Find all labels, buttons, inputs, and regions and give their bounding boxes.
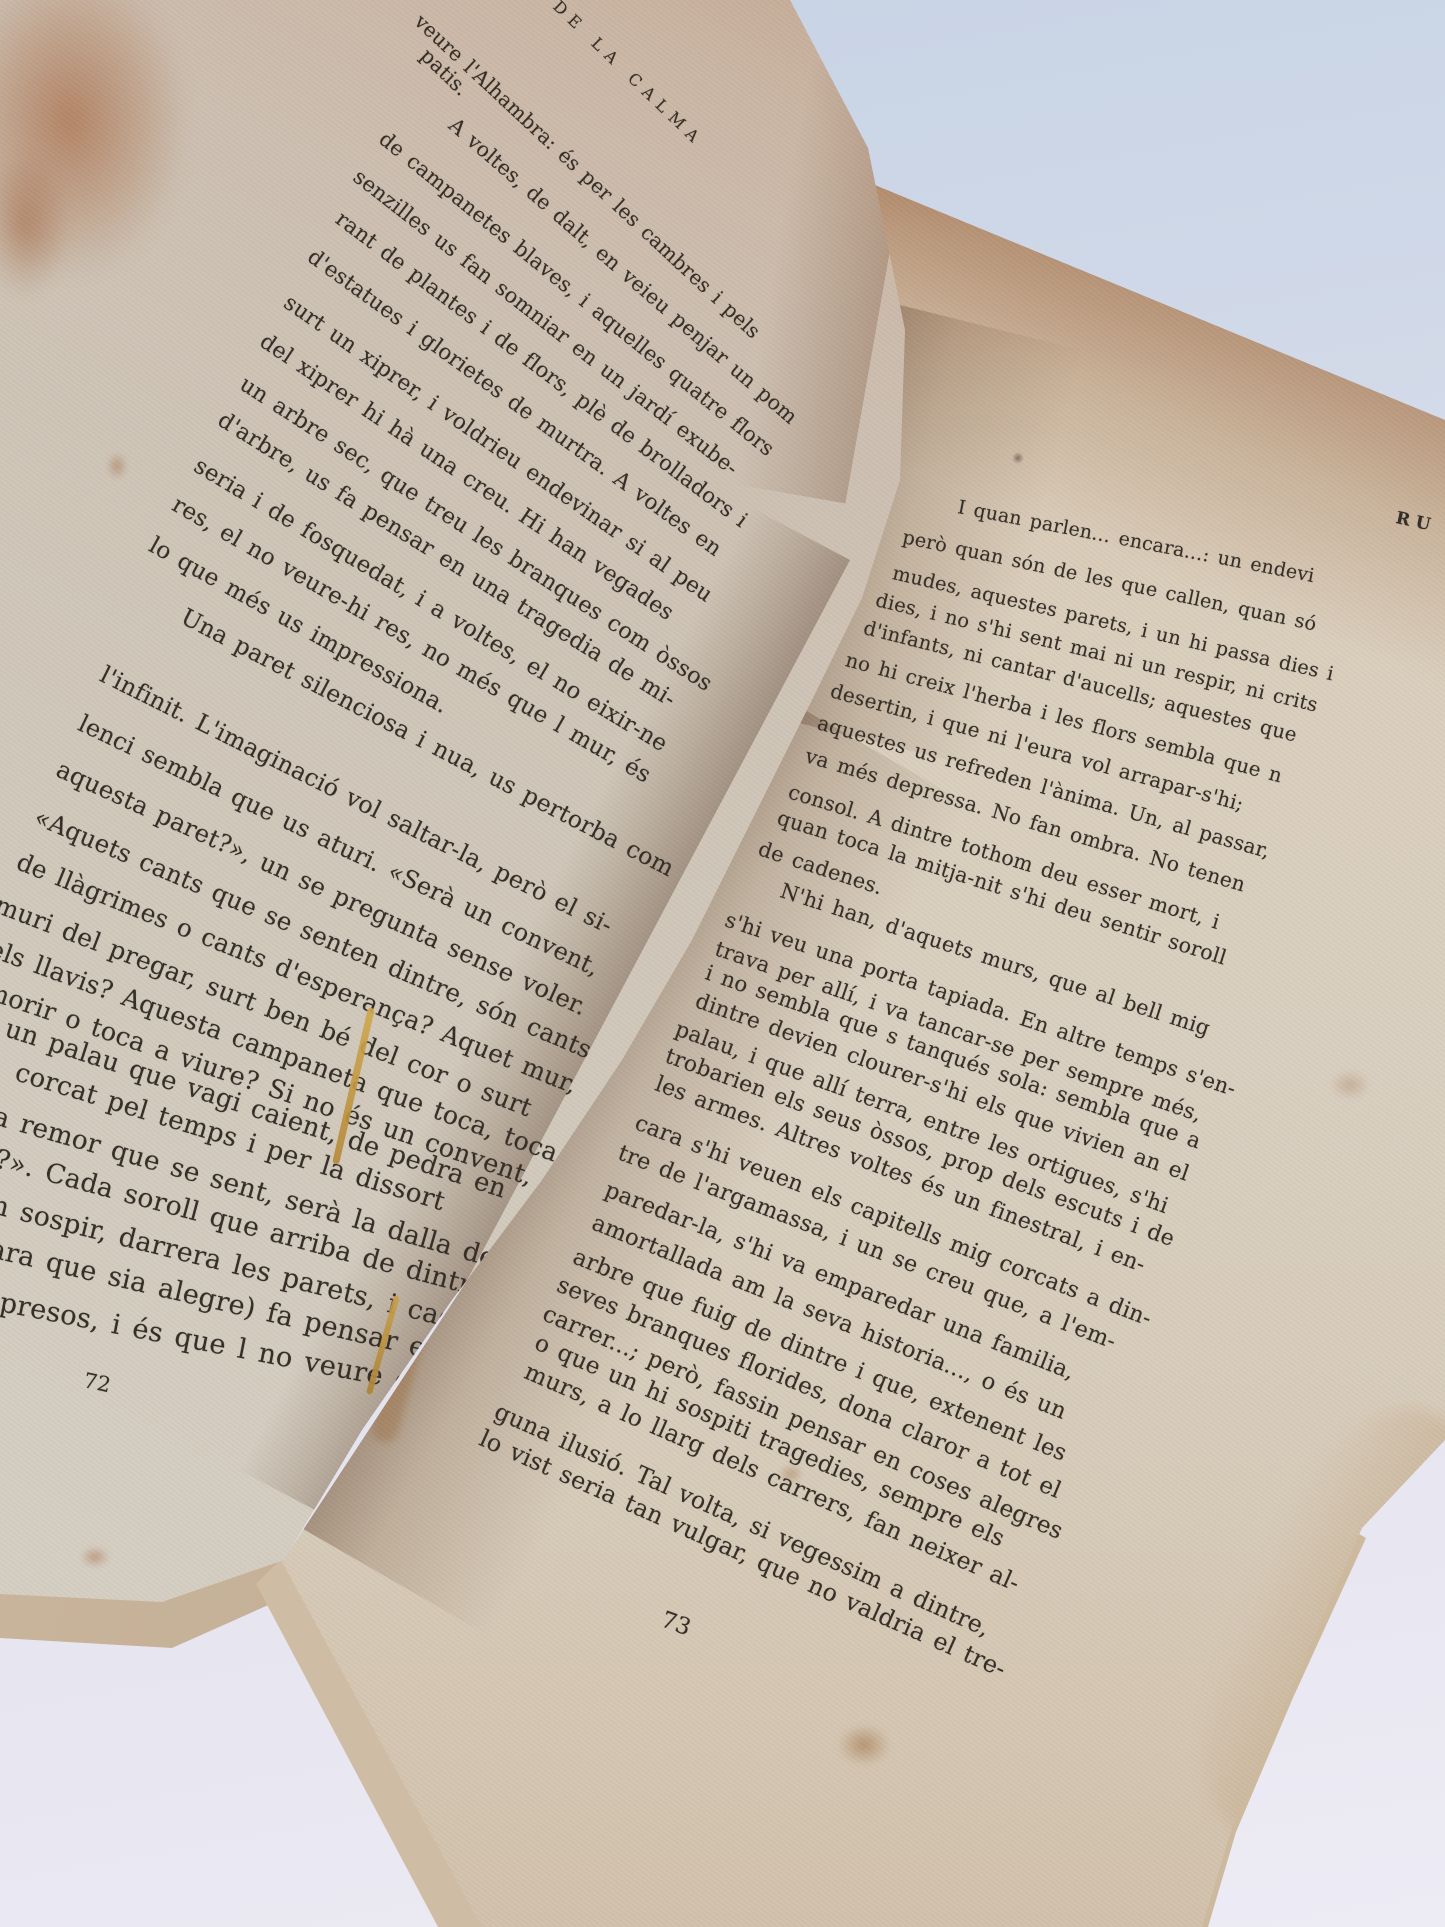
right-page-number: 73 [658, 1607, 695, 1642]
left-running-head: DE LA CALMA [549, 0, 708, 151]
foxing-stain [838, 1724, 890, 1766]
ink-speck [1012, 452, 1024, 464]
foxing-stain [80, 1546, 110, 1568]
book-photo-scene: RU I quan parlen... encara...: un endevi… [0, 0, 1445, 1927]
foxing-stain [1330, 1070, 1370, 1100]
foxing-stain [106, 452, 128, 480]
left-page-number: 72 [82, 1368, 114, 1397]
